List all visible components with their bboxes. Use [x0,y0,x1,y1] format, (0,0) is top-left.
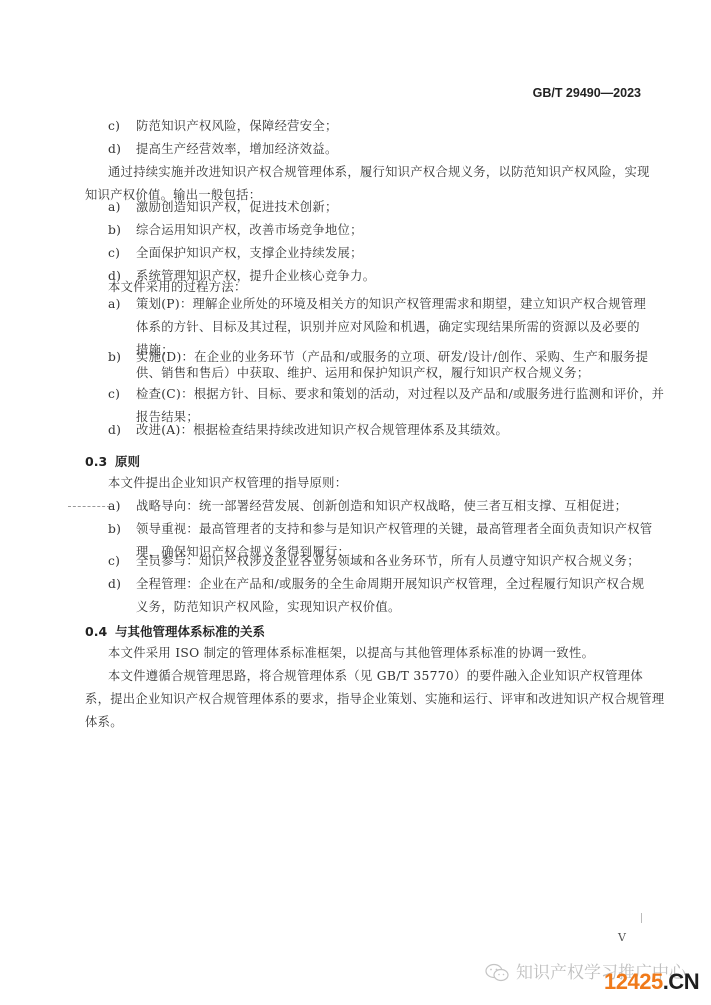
list-item-continuation: 供、销售和售后）中获取、维护、运用和保护知识产权，履行知识产权合规义务； [136,365,590,381]
scan-mark [641,913,642,923]
paragraph-line: 本文件提出企业知识产权管理的指导原则： [108,475,347,491]
paragraph-line: 本文件遵循合规管理思路，将合规管理体系（见 GB/T 35770）的要件融入企业… [108,668,643,684]
dash-mark [68,506,110,507]
list-item: b)综合运用知识产权，改善市场竞争地位； [108,222,363,238]
section-heading: 0.4与其他管理体系标准的关系 [85,622,265,640]
list-item: b)领导重视：最高管理者的支持和参与是知识产权管理的关键，最高管理者全面负责知识… [108,521,652,537]
list-item: a)战略导向：统一部署经营发展、创新创造和知识产权战略，使三者互相支撑、互相促进… [108,498,627,514]
process-intro: 本文件采用的过程方法： [108,279,247,295]
list-item-continuation: 义务，防范知识产权风险，实现知识产权价值。 [136,599,401,615]
paragraph-line: 系，提出企业知识产权合规管理体系的要求，指导企业策划、实施和运行、评审和改进知识… [85,691,664,707]
paragraph-line: 通过持续实施并改进知识产权合规管理体系，履行知识产权合规义务，以防范知识产权风险… [108,164,650,180]
paragraph-line: 体系。 [85,714,123,730]
site-watermark: 12425.CN [604,969,699,995]
list-item: b)实施(D)：在企业的业务环节（产品和/或服务的立项、研发/设计/创作、采购、… [108,349,648,365]
list-item: a)激励创造知识产权，促进技术创新； [108,199,338,215]
section-heading: 0.3原则 [85,452,140,470]
list-item: a)策划(P)：理解企业所处的环境及相关方的知识产权管理需求和期望，建立知识产权… [108,296,646,312]
list-item: c)防范知识产权风险，保障经营安全； [108,118,338,134]
page-number: V [618,931,626,944]
standard-number: GB/T 29490—2023 [533,86,641,100]
list-item: d)全程管理：企业在产品和/或服务的全生命周期开展知识产权管理，全过程履行知识产… [108,576,644,592]
list-item: c)全面保护知识产权，支撑企业持续发展； [108,245,363,261]
paragraph-line: 本文件采用 ISO 制定的管理体系标准框架，以提高与其他管理体系标准的协调一致性… [108,645,594,661]
list-item: c)检查(C)：根据方针、目标、要求和策划的活动，对过程以及产品和/或服务进行监… [108,386,664,402]
wechat-icon [484,963,510,983]
list-item: d)提高生产经营效率，增加经济效益。 [108,141,338,157]
document-page: GB/T 29490—2023 c)防范知识产权风险，保障经营安全； d)提高生… [0,0,711,1005]
list-item: c)全员参与：知识产权涉及企业各业务领域和各业务环节，所有人员遵守知识产权合规义… [108,553,640,569]
list-item-continuation: 体系的方针、目标及其过程，识别并应对风险和机遇，确定实现结果所需的资源以及必要的 [136,319,640,335]
list-item: d)改进(A)：根据检查结果持续改进知识产权合规管理体系及其绩效。 [108,422,508,438]
